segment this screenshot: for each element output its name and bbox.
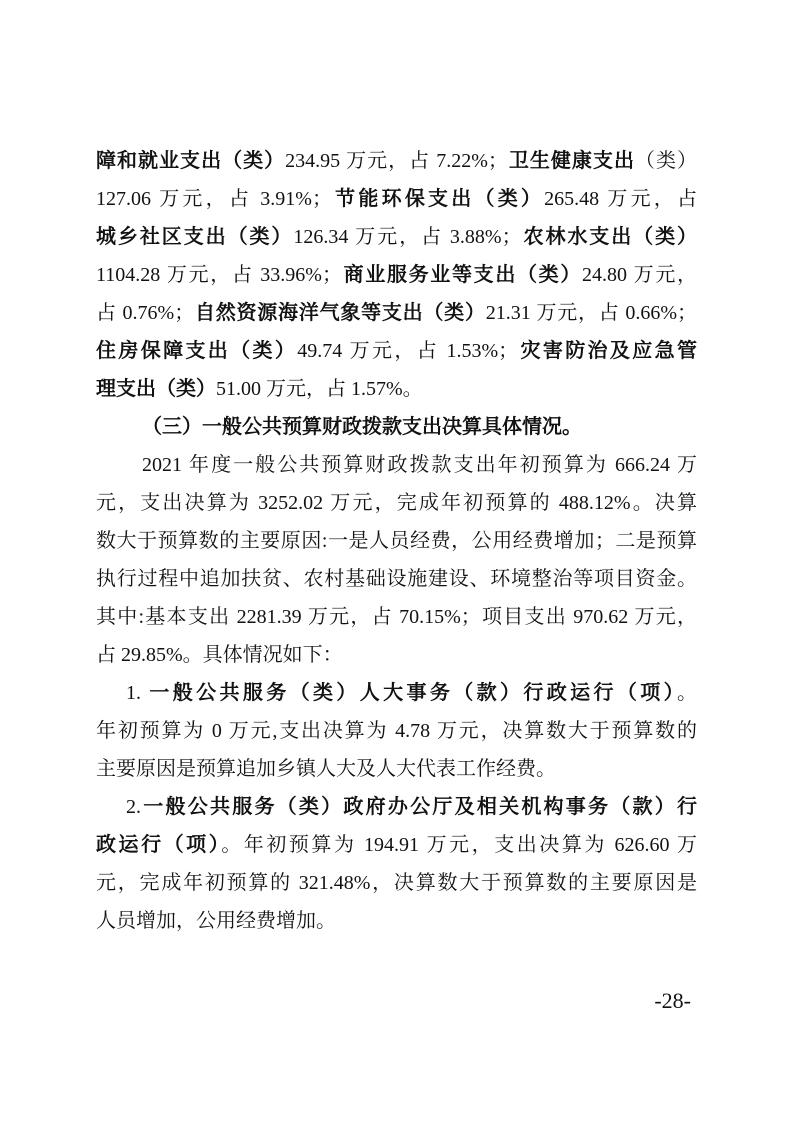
text-run: 人员增加，公用经费增加。 — [96, 910, 336, 932]
text-run: 年初预算为 0 万元,支出决算为 4.78 万元，决算数大于预算数的 — [96, 720, 697, 742]
text-line-16: 年初预算为 0 万元,支出决算为 4.78 万元，决算数大于预算数的 — [96, 712, 697, 750]
text-line-11: 数大于预算数的主要原因:一是人员经费，公用经费增加；二是预算 — [96, 522, 697, 560]
bold-text-run: 灾害防治及应急管 — [518, 340, 697, 362]
text-line-1: 障和就业支出（类）234.95 万元，占 7.22%；卫生健康支出（类） — [96, 142, 697, 180]
bold-text-run: 自然资源海洋气象等支出（类） — [194, 302, 486, 324]
text-run: 元，完成年初预算的 321.48%，决算数大于预算数的主要原因是 — [96, 872, 697, 894]
text-run: 51.00 万元，占 1.57%。 — [216, 378, 423, 400]
text-run: 执行过程中追加扶贫、农村基础设施建设、环境整治等项目资金。 — [96, 568, 697, 590]
text-run: 主要原因是预算追加乡镇人大及人大代表工作经费。 — [96, 758, 556, 780]
text-run: 。 — [677, 682, 697, 704]
text-line-7: 理支出（类）51.00 万元，占 1.57%。 — [96, 370, 697, 408]
text-line-4: 1104.28 万元，占 33.96%；商业服务业等支出（类）24.80 万元， — [96, 256, 697, 294]
text-run: 数大于预算数的主要原因:一是人员经费，公用经费增加；二是预算 — [96, 530, 697, 552]
text-line-12: 执行过程中追加扶贫、农村基础设施建设、环境整治等项目资金。 — [96, 560, 697, 598]
text-run: 127.06 万元，占 3.91%； — [96, 188, 332, 210]
text-run: 其中:基本支出 2281.39 万元，占 70.15%；项目支出 970.62 … — [96, 606, 697, 628]
text-run: 占 0.76%； — [96, 302, 194, 324]
bold-text-run: 农林水支出（类） — [522, 226, 697, 248]
page-number-label: -28- — [654, 988, 691, 1014]
text-line-18: 2.一般公共服务（类）政府办公厅及相关机构事务（款）行 — [96, 788, 697, 826]
text-line-20: 元，完成年初预算的 321.48%，决算数大于预算数的主要原因是 — [96, 864, 697, 902]
text-line-10: 元，支出决算为 3252.02 万元，完成年初预算的 488.12%。决算 — [96, 484, 697, 522]
text-run: 24.80 万元， — [582, 264, 697, 286]
bold-text-run: 一般公共服务（类）政府办公厅及相关机构事务（款）行 — [141, 796, 697, 818]
text-line-3: 城乡社区支出（类）126.34 万元，占 3.88%；农林水支出（类） — [96, 218, 697, 256]
bold-text-run: 一般公共服务（类）人大事务（款）行政运行（项） — [149, 682, 677, 704]
text-line-5: 占 0.76%；自然资源海洋气象等支出（类）21.31 万元，占 0.66%； — [96, 294, 697, 332]
text-run: 21.31 万元，占 0.66%； — [486, 302, 697, 324]
text-run: 。年初预算为 194.91 万元，支出决算为 626.60 万 — [221, 834, 697, 856]
text-run: （类） — [635, 150, 697, 172]
text-run: 126.34 万元，占 3.88%； — [293, 226, 521, 248]
text-line-19: 政运行（项）。年初预算为 194.91 万元，支出决算为 626.60 万 — [96, 826, 697, 864]
text-run: 占 29.85%。具体情况如下： — [96, 644, 343, 666]
text-run: 1. — [126, 682, 149, 704]
text-run: 49.74 万元，占 1.53%； — [297, 340, 518, 362]
text-line-21: 人员增加，公用经费增加。 — [96, 902, 697, 940]
text-line-17: 主要原因是预算追加乡镇人大及人大代表工作经费。 — [96, 750, 697, 788]
bold-text-run: 节能环保支出（类） — [332, 188, 544, 210]
text-block: 障和就业支出（类）234.95 万元，占 7.22%；卫生健康支出（类）127.… — [96, 142, 697, 940]
text-line-13: 其中:基本支出 2281.39 万元，占 70.15%；项目支出 970.62 … — [96, 598, 697, 636]
text-line-8: （三）一般公共预算财政拨款支出决算具体情况。 — [96, 408, 697, 446]
bold-text-run: 政运行（项） — [96, 834, 221, 856]
text-line-15: 1. 一般公共服务（类）人大事务（款）行政运行（项）。 — [96, 674, 697, 712]
text-line-9: 2021 年度一般公共预算财政拨款支出年初预算为 666.24 万 — [96, 446, 697, 484]
bold-text-run: 商业服务业等支出（类） — [342, 264, 582, 286]
text-run: 234.95 万元，占 7.22%； — [285, 150, 508, 172]
text-line-6: 住房保障支出（类）49.74 万元，占 1.53%；灾害防治及应急管 — [96, 332, 697, 370]
text-run: 1104.28 万元，占 33.96%； — [96, 264, 342, 286]
bold-text-run: 卫生健康支出 — [508, 150, 635, 172]
document-page: 障和就业支出（类）234.95 万元，占 7.22%；卫生健康支出（类）127.… — [0, 0, 793, 1122]
text-run: 2021 年度一般公共预算财政拨款支出年初预算为 666.24 万 — [142, 454, 697, 476]
bold-text-run: （三）一般公共预算财政拨款支出决算具体情况。 — [142, 416, 582, 438]
text-line-14: 占 29.85%。具体情况如下： — [96, 636, 697, 674]
text-run: 元，支出决算为 3252.02 万元，完成年初预算的 488.12%。决算 — [96, 492, 697, 514]
bold-text-run: 城乡社区支出（类） — [96, 226, 293, 248]
text-line-2: 127.06 万元，占 3.91%；节能环保支出（类）265.48 万元，占 8… — [96, 180, 697, 218]
bold-text-run: 住房保障支出（类） — [96, 340, 297, 362]
bold-text-run: 障和就业支出（类） — [96, 150, 285, 172]
bold-text-run: 理支出（类） — [96, 378, 216, 400]
text-run: 2. — [126, 796, 141, 818]
